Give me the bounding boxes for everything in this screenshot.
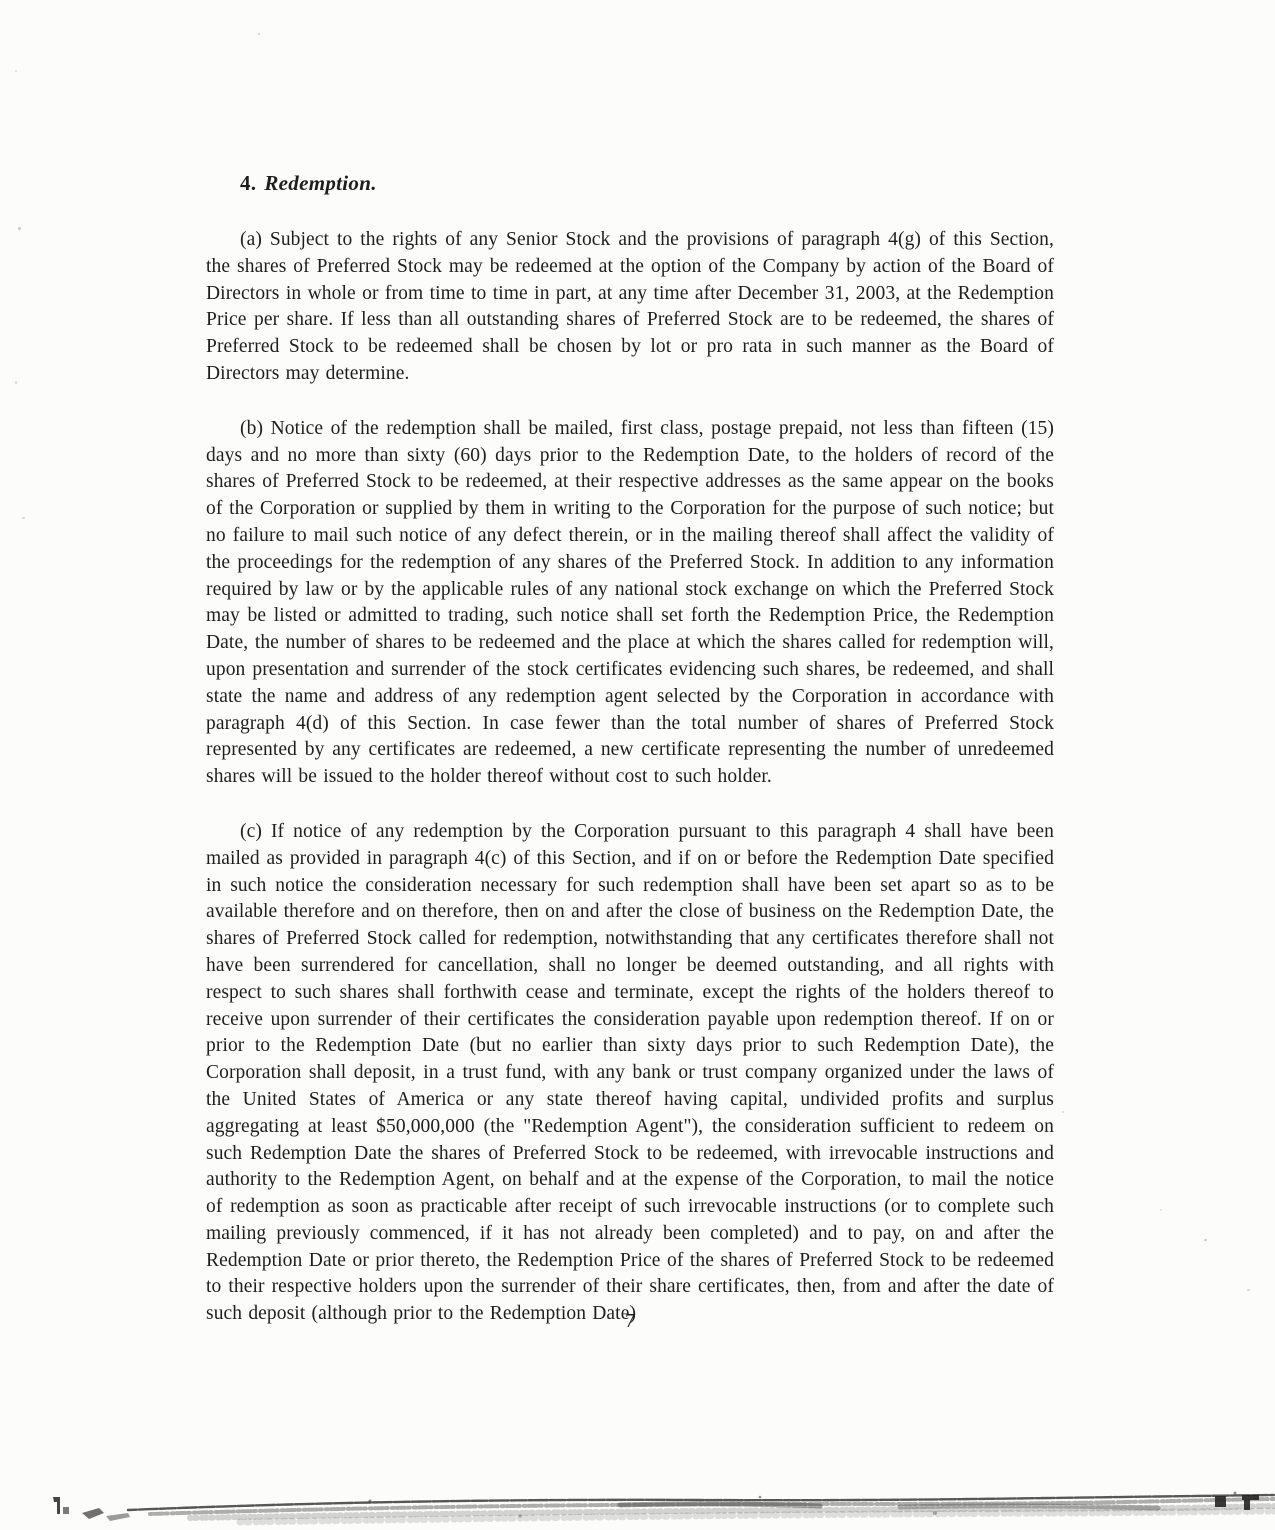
paragraph-a: (a) Subject to the rights of any Senior … [206, 227, 1054, 388]
paragraph-c: (c) If notice of any redemption by the C… [206, 819, 1054, 1328]
section-number: 4. [240, 171, 256, 195]
document-page: 4.Redemption. (a) Subject to the rights … [0, 0, 1275, 1530]
paragraph-b: (b) Notice of the redemption shall be ma… [206, 416, 1054, 791]
section-title: Redemption. [264, 171, 376, 195]
document-body: 4.Redemption. (a) Subject to the rights … [206, 170, 1054, 1356]
scan-artifact-band [0, 1483, 1275, 1530]
section-heading: 4.Redemption. [206, 170, 1054, 197]
page-number: 7 [206, 1310, 1054, 1333]
